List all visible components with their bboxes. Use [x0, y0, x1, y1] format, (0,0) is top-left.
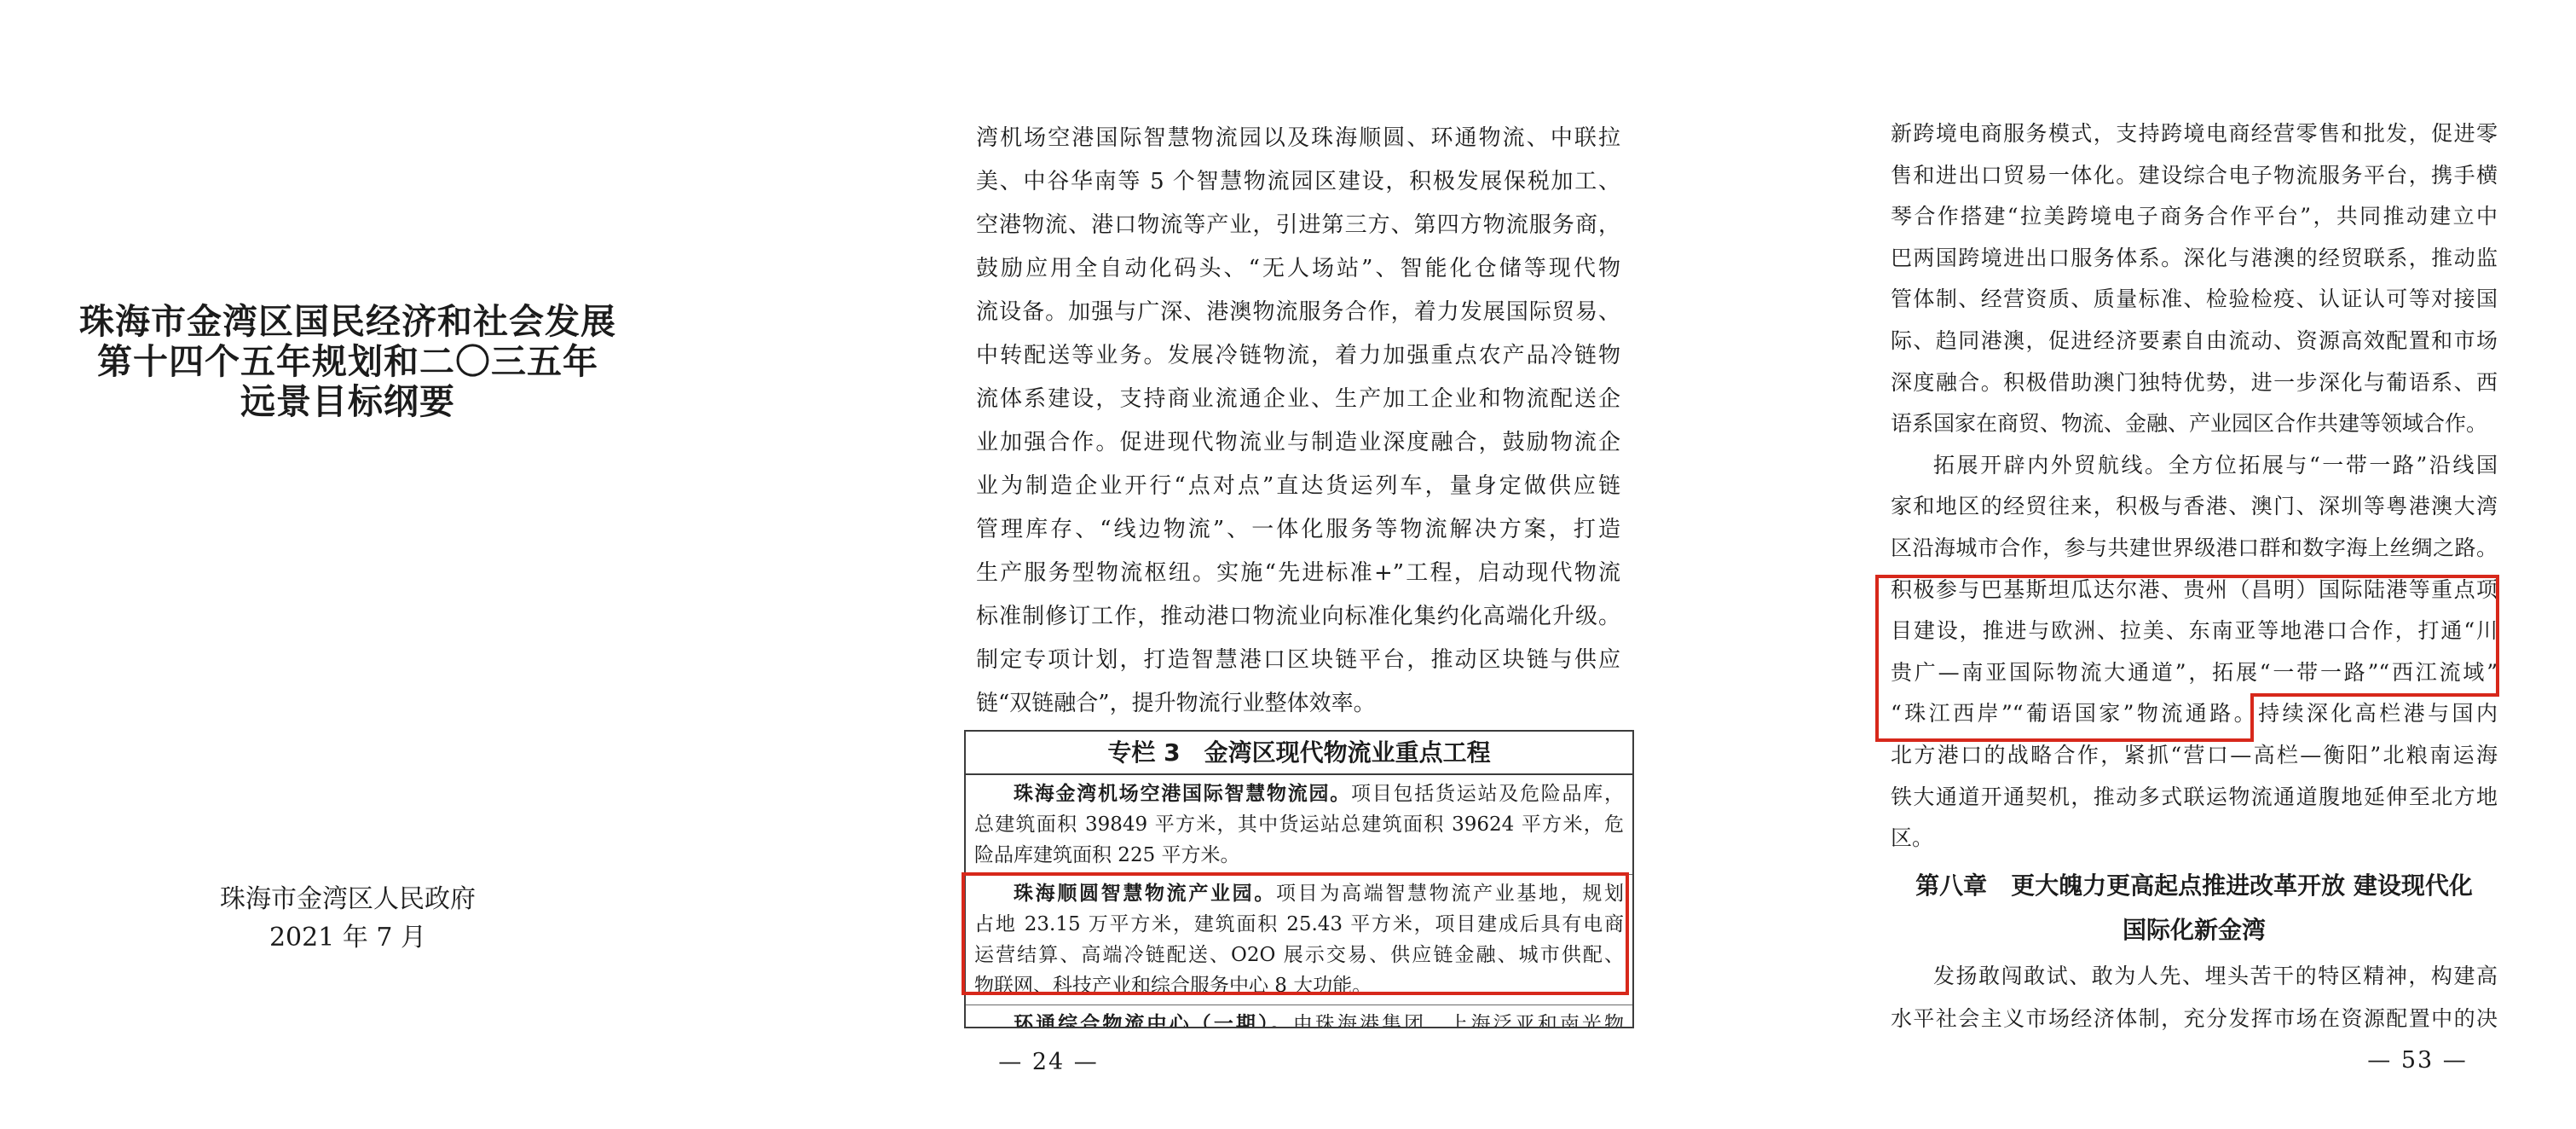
- right-page-body-text-lower: 发扬敢闯敢试、敢为人先、埋头苦干的特区精神，构建高水平社会主义市场经济体制，充分…: [1891, 955, 2498, 1040]
- text-line: 巴两国跨境进出口服务体系。深化与港澳的经贸联系，推动监: [1891, 238, 2498, 280]
- feature-box-row-highlighted: 珠海顺圆智慧物流产业园。项目为高端智慧物流产业基地，规划占地 23.15 万平方…: [966, 874, 1632, 1005]
- text-line: 铁大通道开通契机，推动多式联运物流通道腹地延伸至北方地: [1891, 777, 2498, 819]
- feature-box-rows: 珠海金湾机场空港国际智慧物流园。项目包括货运站及危险品库，总建筑面积 39849…: [966, 775, 1632, 1028]
- text-line: 鼓励应用全自动化码头、“无人场站”、智能化仓储等现代物: [976, 247, 1620, 291]
- text-line: 北方港口的战略合作，紧抓“营口—高栏—衡阳”北粮南运海: [1891, 735, 2498, 777]
- text-line: 制定专项计划，打造智慧港口区块链平台，推动区块链与供应: [976, 639, 1620, 682]
- text-line: 流设备。加强与广深、港澳物流服务合作，着力发展国际贸易、: [976, 291, 1620, 334]
- text-line: 拓展开辟内外贸航线。全方位拓展与“一带一路”沿线国: [1891, 445, 2498, 487]
- text-line: 管理库存、“线边物流”、一体化服务等物流解决方案，打造: [976, 508, 1620, 552]
- text-line: 生产服务型物流枢纽。实施“先进标准+”工程，启动现代物流: [976, 552, 1620, 595]
- text-line: 售和进出口贸易一体化。建设综合电子物流服务平台，携手横: [1891, 155, 2498, 197]
- text-line: 语系国家在商贸、物流、金融、产业园区合作共建等领域合作。: [1891, 403, 2498, 445]
- cover-publisher-block: 珠海市金湾区人民政府 2021 年 7 月: [49, 880, 646, 957]
- text-line: 空港物流、港口物流等产业，引进第三方、第四方物流服务商，: [976, 204, 1620, 247]
- right-page-body-text-upper: 新跨境电商服务模式，支持跨境电商经营零售和批发，促进零售和进出口贸易一体化。建设…: [1891, 113, 2498, 860]
- text-line: 区沿海城市合作，参与共建世界级港口群和数字海上丝绸之路。: [1891, 528, 2498, 570]
- text-line: 链“双链融合”，提升物流行业整体效率。: [976, 682, 1620, 726]
- text-line: 标准制修订工作，推动港口物流业向标准化集约化高端化升级。: [976, 595, 1620, 639]
- feature-box-row: 珠海金湾机场空港国际智慧物流园。项目包括货运站及危险品库，总建筑面积 39849…: [966, 775, 1632, 874]
- cover-title-line: 珠海市金湾区国民经济和社会发展: [49, 302, 646, 342]
- text-line: 流体系建设，支持商业流通企业、生产加工企业和物流配送企: [976, 378, 1620, 421]
- feature-box-title: 专栏 3 金湾区现代物流业重点工程: [966, 732, 1632, 775]
- text-line: 区。: [1891, 818, 2498, 860]
- text-line: 深度融合。积极借助澳门独特优势，进一步深化与葡语系、西: [1891, 362, 2498, 404]
- chapter-heading-line: 第八章 更大魄力更高起点推进改革开放 建设现代化: [1891, 864, 2498, 908]
- text-line: 中转配送等业务。发展冷链物流，着力加强重点农产品冷链物: [976, 334, 1620, 378]
- publish-date: 2021 年 7 月: [49, 918, 646, 957]
- publisher-name: 珠海市金湾区人民政府: [49, 880, 646, 918]
- text-line: 家和地区的经贸往来，积极与香港、澳门、深圳等粤港澳大湾: [1891, 486, 2498, 528]
- text-line: 美、中谷华南等 5 个智慧物流园区建设，积极发展保税加工、: [976, 160, 1620, 204]
- text-line: 新跨境电商服务模式，支持跨境电商经营零售和批发，促进零: [1891, 113, 2498, 155]
- cover-title: 珠海市金湾区国民经济和社会发展 第十四个五年规划和二〇三五年 远景目标纲要: [49, 302, 646, 422]
- bold-lead-in: 珠海金湾机场空港国际智慧物流园。: [1014, 782, 1351, 805]
- text-line: 运营结算、高端冷链配送、O2O 展示交易、供应链金融、城市供配、: [974, 940, 1624, 970]
- text-line: 管体制、经营资质、质量标准、检验检疫、认证认可等对接国: [1891, 279, 2498, 321]
- page-number-24: — 24 —: [980, 1049, 1117, 1075]
- text-line: 险品库建筑面积 225 平方米。: [974, 840, 1624, 871]
- cover-title-line: 远景目标纲要: [49, 382, 646, 422]
- text-line: 总建筑面积 39849 平方米，其中货运站总建筑面积 39624 平方米，危: [974, 809, 1624, 840]
- page-number-53: — 53 —: [2349, 1047, 2486, 1074]
- text-line: 际、趋同港澳，促进经济要素自由流动、资源高效配置和市场: [1891, 321, 2498, 362]
- text-line: 琴合作搭建“拉美跨境电子商务合作平台”，共同推动建立中: [1891, 196, 2498, 238]
- text-line: 业为制造企业开行“点对点”直达货运列车，量身定做供应链: [976, 465, 1620, 508]
- text-line: 贵广—南亚国际物流大通道”，拓展“一带一路”“西江流域”: [1891, 652, 2498, 694]
- text-line: 发扬敢闯敢试、敢为人先、埋头苦干的特区精神，构建高: [1891, 955, 2498, 998]
- feature-box-table: 专栏 3 金湾区现代物流业重点工程 珠海金湾机场空港国际智慧物流园。项目包括货运…: [964, 730, 1634, 1028]
- text-line: 湾机场空港国际智慧物流园以及珠海顺圆、环通物流、中联拉: [976, 117, 1620, 160]
- text-line: “珠江西岸”“葡语国家”物流通路。持续深化高栏港与国内: [1891, 693, 2498, 735]
- feature-box-row: 环通综合物流中心（一期）。由珠海港集团、上海泛亚和南光物: [966, 1005, 1632, 1028]
- chapter-heading: 第八章 更大魄力更高起点推进改革开放 建设现代化 国际化新金湾: [1891, 864, 2498, 952]
- text-line: 业加强合作。促进现代物流业与制造业深度融合，鼓励物流企: [976, 421, 1620, 465]
- text-line: 水平社会主义市场经济体制，充分发挥市场在资源配置中的决: [1891, 998, 2498, 1040]
- bold-lead-in: 环通综合物流中心（一期）。: [1014, 1012, 1293, 1028]
- text-line: 珠海金湾机场空港国际智慧物流园。项目包括货运站及危险品库，: [974, 779, 1624, 809]
- text-line: 目建设，推进与欧洲、拉美、东南亚等地港口合作，打通“川: [1891, 611, 2498, 652]
- text-line: 环通综合物流中心（一期）。由珠海港集团、上海泛亚和南光物: [974, 1009, 1624, 1028]
- text-line: 占地 23.15 万平方米，建筑面积 25.43 平方米，项目建成后具有电商: [974, 909, 1624, 940]
- text-line: 积极参与巴基斯坦瓜达尔港、贵州（昌明）国际陆港等重点项: [1891, 570, 2498, 611]
- cover-title-line: 第十四个五年规划和二〇三五年: [49, 342, 646, 382]
- middle-page-body-text: 湾机场空港国际智慧物流园以及珠海顺圆、环通物流、中联拉美、中谷华南等 5 个智慧…: [976, 117, 1620, 726]
- document-spread: 珠海市金湾区国民经济和社会发展 第十四个五年规划和二〇三五年 远景目标纲要 珠海…: [0, 0, 2576, 1129]
- chapter-heading-line: 国际化新金湾: [1891, 908, 2498, 952]
- text-line: 物联网、科技产业和综合服务中心 8 大功能。: [974, 970, 1624, 1001]
- bold-lead-in: 珠海顺圆智慧物流产业园。: [1014, 882, 1276, 905]
- text-line: 珠海顺圆智慧物流产业园。项目为高端智慧物流产业基地，规划: [974, 878, 1624, 909]
